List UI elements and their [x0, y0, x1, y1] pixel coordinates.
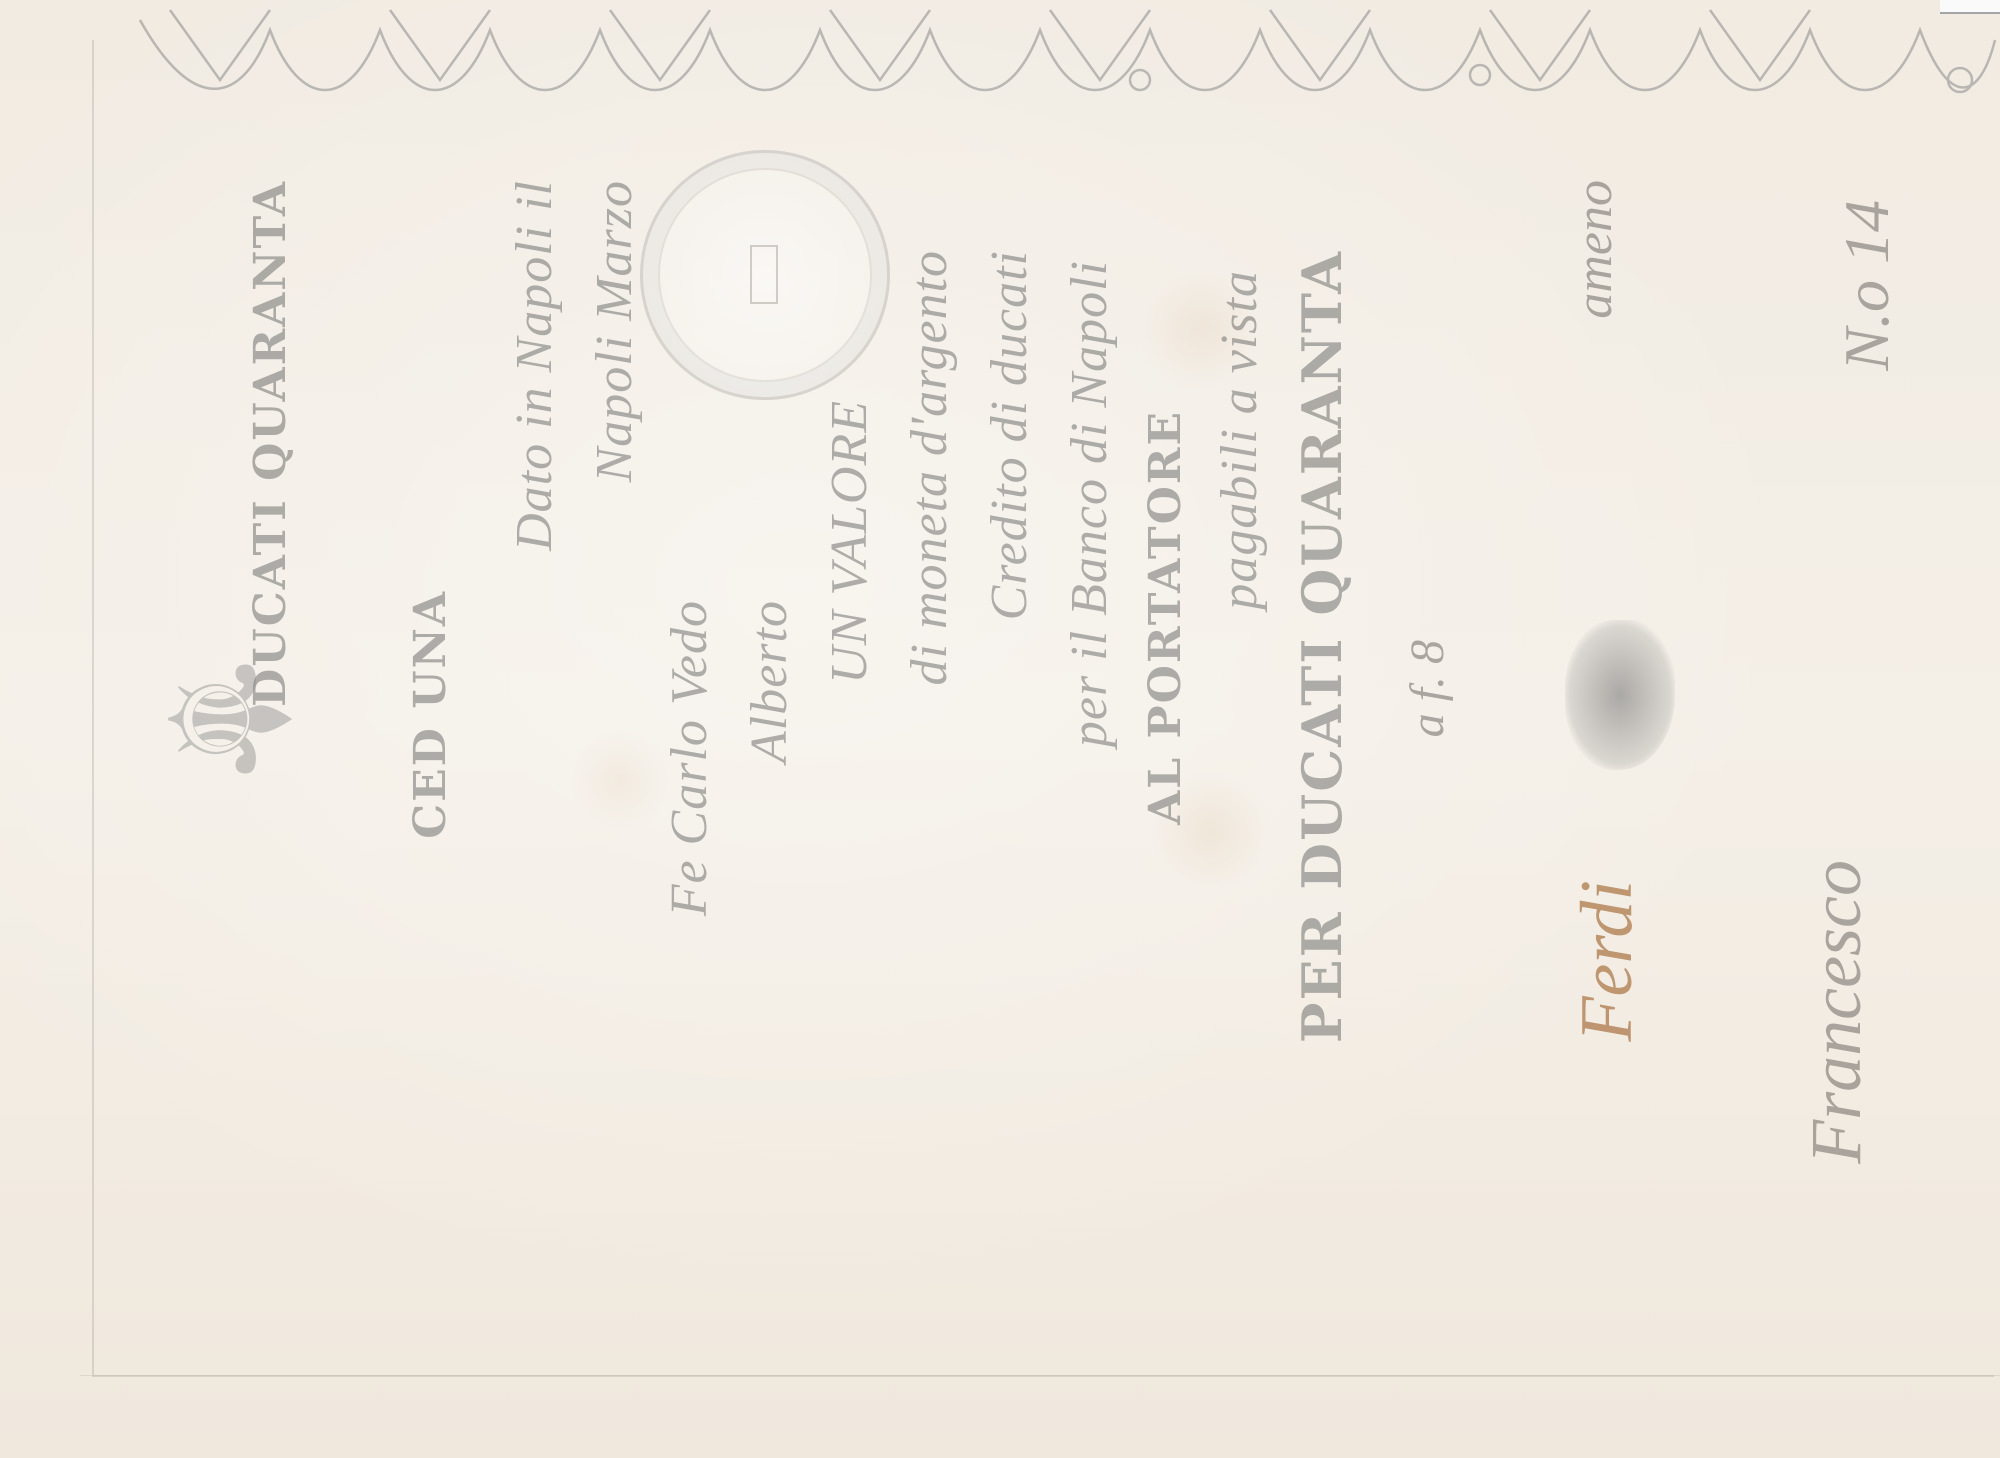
printed-line: pagabili a vista: [1210, 270, 1269, 610]
top-right-note: N.o 14: [1830, 200, 1904, 371]
printed-frame-border: [92, 40, 1994, 1377]
ornamental-border-icon: [130, 0, 2000, 120]
printed-line: di moneta d'argento: [900, 250, 959, 685]
printed-line: Dato in Napoli il: [505, 180, 564, 551]
printed-line: Fe Carlo Vedo: [660, 600, 719, 916]
printed-line: per il Banco di Napoli: [1060, 260, 1119, 747]
printed-line: AL PORTATORE: [1140, 410, 1191, 825]
printed-line: CED UNA: [405, 590, 456, 839]
fleur-de-lis-icon: ⚜: [127, 643, 325, 795]
embossed-seal: [640, 150, 890, 400]
printed-line: Credito di ducati: [980, 250, 1039, 620]
numeral-note: a f. 8: [1400, 640, 1455, 737]
brown-signature: Ferdi: [1565, 880, 1650, 1042]
ink-stamp-blot: [1565, 620, 1675, 770]
seal-emblem-icon: [750, 245, 778, 304]
printed-line: UN VALORE: [820, 400, 879, 684]
margin-note: ameno: [1565, 180, 1624, 319]
printed-line: DUCATI QUARANTA: [245, 180, 296, 707]
printed-line: PER DUCATI QUARANTA: [1290, 250, 1354, 1043]
fold-line: [80, 1375, 2000, 1376]
printed-line: Alberto: [740, 600, 799, 763]
gray-signature: Francesco: [1795, 860, 1878, 1164]
printed-line: Napoli Marzo: [585, 180, 644, 482]
